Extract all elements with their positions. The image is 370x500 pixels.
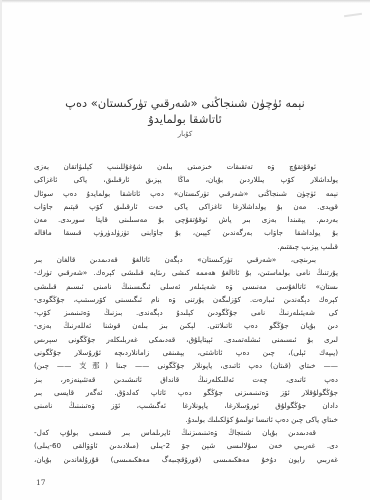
text-line: يولداشلار كۆپ يىللاردىن بۇيان، ماڭا يېزى… — [34, 173, 338, 186]
text-line: بۇ يولداشقا جاۋاب بەرگەندىن كېيىن، بۇ جا… — [34, 226, 338, 239]
text-line: كېرەك دېگەندىن ئىبارەت. كۆزلىگەن يۇرتنى … — [34, 293, 338, 306]
scanned-page: نېمە ئۈچۈن شىنجاڭنى «شەرقىي تۈركىستان» د… — [0, 0, 370, 500]
text-line: —— خىتاي (قىتان) دەپ ئاتىدى، ياپونلار جۇ… — [34, 359, 338, 372]
text-line: دادان جۇڭگولۇق ئورۇسلارغا، ياپونلارغا ئە… — [34, 399, 338, 412]
article-author: كۇبار — [150, 130, 220, 138]
text-line: قويدى. مەن بۇ يولداشلارغا ئاغزاكى ياكى خ… — [34, 200, 338, 213]
text-line: دى. غەربىي خەن سۇلالىسى شېن جۆ 2-يىلى (م… — [34, 439, 338, 452]
text-line: قەدىمدىن بۇيان شىنجاڭ ۋەتىنىمىزنىڭ ئايرى… — [34, 426, 338, 439]
text-line: ئوقۇتقۇچ ۋە تەتقىقات خىزمىتى بىلەن شۇغۇل… — [34, 160, 338, 173]
page-number: 17 — [36, 478, 46, 487]
text-line: جۇڭگولۇقلار ئۆز ۋەتىنىمىزنى جۇڭگو دەپ ئا… — [34, 386, 338, 399]
text-line: يۇرتنىڭ نامى بولماستىن، بۇ ئاتالغۇ ھەممە… — [34, 266, 338, 279]
page-left-edge — [0, 0, 2, 500]
text-line: غەربىي رايون دۇخۇ مەھكىمىسى (قورۇقچىبەگ … — [34, 453, 338, 466]
paragraph-3: قەدىمدىن بۇيان شىنجاڭ ۋەتىنىمىزنىڭ ئايرى… — [34, 426, 338, 466]
paragraph-2: بىرىنچى، «شەرقىي تۈركىستان» دېگەن ئاتالغ… — [34, 253, 338, 426]
text-line: دەپ ئاتىدى، چەت ئەللىكلەرنىڭ قانداق ئاتى… — [34, 373, 338, 386]
text-line: خىتاي ياكى چىن دەپ ئاتىسا تولىمۇ كۈلكىلى… — [34, 413, 338, 426]
scan-smudge — [344, 13, 362, 17]
text-line: (يىپەك ئېلى)، چىن دەپ ئاتاشتى، يېقىنقى ز… — [34, 346, 338, 359]
paragraph-1: ئوقۇتقۇچ ۋە تەتقىقات خىزمىتى بىلەن شۇغۇل… — [34, 160, 338, 253]
page-top-edge — [0, 0, 370, 3]
text-line: قىلىپ يېزىپ چىقتىم. — [34, 240, 338, 253]
text-line: بىرىنچى، «شەرقىي تۈركىستان» دېگەن ئاتالغ… — [34, 253, 338, 266]
text-line: لىرى بۇ ئىسىمنى ئىشلەتمىدى. ئېيتايلۇق، ق… — [34, 333, 338, 346]
text-line: بەردىم. يېقىندا بەزى بىر ياش ئوقۇتقۇچى ب… — [34, 213, 338, 226]
article-title-line-1: نېمە ئۈچۈن شىنجاڭنى «شەرقىي تۈركىستان» د… — [40, 96, 330, 110]
text-line: كى شەيئىلەرنىڭ نامى جۇڭگودىن كېلىدۇ دېگە… — [34, 306, 338, 319]
article-title-line-2: ئاتاشقا بولمايدۇ — [40, 112, 330, 126]
text-line: نېمە ئۈچۈن شىنجاڭنى «شەرقىي تۈركىستان» د… — [34, 187, 338, 200]
text-line: دىن بۇيان جۇڭگو دەپ ئاتىلاتتى. لېكىن بىز… — [34, 319, 338, 332]
text-line: ىستان» ئاتالغۇسى مەنىسى ۋە شەيئىلەر ئەسل… — [34, 280, 338, 293]
